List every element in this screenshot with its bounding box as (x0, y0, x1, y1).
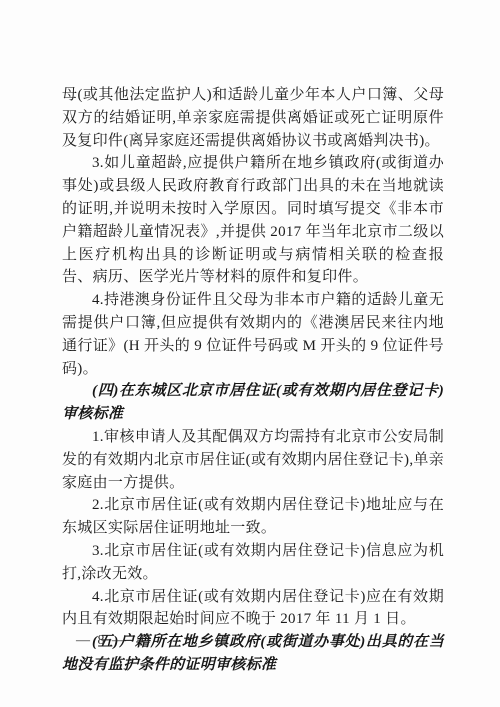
paragraph-item-4-permit-validity: 4.北京市居住证(或有效期内居住登记卡)应在有效期内且有效期限起始时间应不晚于 … (62, 586, 444, 632)
paragraph-item-1-permit-holder: 1.审核申请人及其配偶双方均需持有北京市公安局制发的有效期内北京市居住证(或有效… (62, 426, 444, 494)
section-heading-four: (四)在东城区北京市居住证(或有效期内居住登记卡)审核标准 (62, 380, 444, 426)
paragraph-item-3-permit-print: 3.北京市居住证(或有效期内居住登记卡)信息应为机打,涂改无效。 (62, 540, 444, 586)
document-text-block: 母(或其他法定监护人)和适龄儿童少年本人户口簿、父母双方的结婚证明,单亲家庭需提… (62, 84, 444, 677)
paragraph-item-4-hk-macau: 4.持港澳身份证件且父母为非本市户籍的适龄儿童无需提供户口簿,但应提供有效期内的… (62, 289, 444, 380)
paragraph-item-3-overage-children: 3.如儿童超龄,应提供户籍所在地乡镇政府(或街道办事处)或县级人民政府教育行政部… (62, 152, 444, 289)
paragraph-continuation: 母(或其他法定监护人)和适龄儿童少年本人户口簿、父母双方的结婚证明,单亲家庭需提… (62, 84, 444, 152)
document-page: 母(或其他法定监护人)和适龄儿童少年本人户口簿、父母双方的结婚证明,单亲家庭需提… (0, 0, 500, 707)
paragraph-item-2-permit-address: 2.北京市居住证(或有效期内居住登记卡)地址应与在东城区实际居住证明地址一致。 (62, 494, 444, 540)
page-number: — 8 — (76, 633, 128, 649)
